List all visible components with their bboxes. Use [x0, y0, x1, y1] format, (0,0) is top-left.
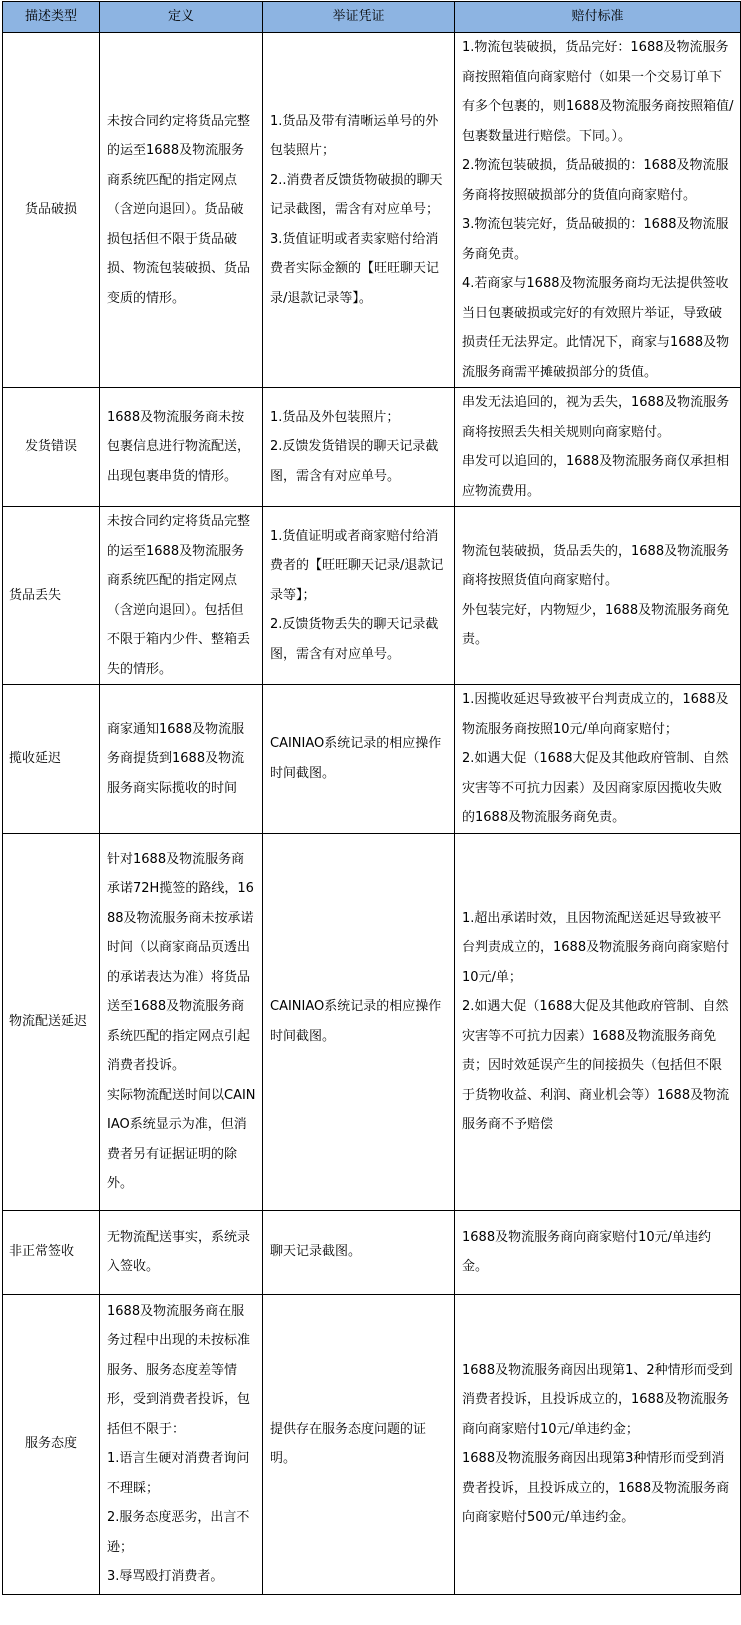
cell-evidence: CAINIAO系统记录的相应操作时间截图。 [263, 685, 455, 834]
cell-evidence: 提供存在服务态度问题的证明。 [263, 1294, 455, 1594]
evidence-line: 聊天记录截图。 [270, 1237, 448, 1267]
definition-line: 3.辱骂殴打消费者。 [107, 1562, 256, 1592]
table-row: 物流配送延迟 针对1688及物流服务商承诺72H揽签的路线，1688及物流服务商… [3, 833, 741, 1210]
cell-type: 货品破损 [3, 33, 100, 388]
standard-line: 串发可以追回的，1688及物流服务商仅承担相应物流费用。 [462, 447, 734, 506]
evidence-line: CAINIAO系统记录的相应操作时间截图。 [270, 992, 448, 1051]
cell-type: 非正常签收 [3, 1210, 100, 1294]
cell-standard: 1.物流包装破损，货品完好：1688及物流服务商按照箱值向商家赔付（如果一个交易… [455, 33, 741, 388]
standard-line: 4.若商家与1688及物流服务商均无法提供签收当日包裹破损或完好的有效照片举证，… [462, 269, 734, 387]
evidence-line: 1.货品及外包装照片； [270, 403, 448, 433]
cell-type: 货品丢失 [3, 507, 100, 685]
definition-line: 2.服务态度恶劣，出言不逊； [107, 1503, 256, 1562]
definition-line: 无物流配送事实，系统录入签收。 [107, 1223, 256, 1282]
table-row: 服务态度 1688及物流服务商在服务过程中出现的未按标准服务、服务态度差等情形，… [3, 1294, 741, 1594]
definition-line: 未按合同约定将货品完整的运至1688及物流服务商系统匹配的指定网点（含逆向退回）… [107, 107, 256, 314]
cell-evidence: CAINIAO系统记录的相应操作时间截图。 [263, 833, 455, 1210]
header-row: 描述类型 定义 举证凭证 赔付标准 [3, 2, 741, 33]
standard-line: 1688及物流服务商因出现第3种情形而受到消费者投诉，且投诉成立的，1688及物… [462, 1444, 734, 1533]
cell-standard: 物流包装破损，货品丢失的，1688及物流服务商将按照货值向商家赔付。外包装完好，… [455, 507, 741, 685]
cell-definition: 未按合同约定将货品完整的运至1688及物流服务商系统匹配的指定网点（含逆向退回）… [100, 507, 263, 685]
cell-type: 服务态度 [3, 1294, 100, 1594]
cell-evidence: 1.货值证明或者商家赔付给消费者的【旺旺聊天记录/退款记录等】；2.反馈货物丢失… [263, 507, 455, 685]
standard-line: 外包装完好，内物短少，1688及物流服务商免责。 [462, 596, 734, 655]
table-row: 货品丢失 未按合同约定将货品完整的运至1688及物流服务商系统匹配的指定网点（含… [3, 507, 741, 685]
standard-line: 2.如遇大促（1688大促及其他政府管制、自然灾害等不可抗力因素）1688及物流… [462, 992, 734, 1140]
cell-type: 发货错误 [3, 388, 100, 507]
cell-evidence: 聊天记录截图。 [263, 1210, 455, 1294]
cell-type: 物流配送延迟 [3, 833, 100, 1210]
standard-line: 1.因揽收延迟导致被平台判责成立的，1688及物流服务商按照10元/单向商家赔付… [462, 685, 734, 744]
standard-line: 1688及物流服务商向商家赔付10元/单违约金。 [462, 1223, 734, 1282]
cell-standard: 1688及物流服务商因出现第1、2种情形而受到消费者投诉，且投诉成立的，1688… [455, 1294, 741, 1594]
cell-evidence: 1.货品及带有清晰运单号的外包装照片；2..消费者反馈货物破损的聊天记录截图，需… [263, 33, 455, 388]
definition-line: 实际物流配送时间以CAINIAO系统显示为准，但消费者另有证据证明的除外。 [107, 1081, 256, 1199]
standard-line: 1.超出承诺时效，且因物流配送延迟导致被平台判责成立的，1688及物流服务商向商… [462, 904, 734, 993]
definition-line: 1.语言生硬对消费者询问不理睬； [107, 1444, 256, 1503]
cell-definition: 1688及物流服务商未按包裹信息进行物流配送，出现包裹串货的情形。 [100, 388, 263, 507]
header-evidence: 举证凭证 [263, 2, 455, 33]
definition-line: 1688及物流服务商未按包裹信息进行物流配送，出现包裹串货的情形。 [107, 403, 256, 492]
cell-standard: 1688及物流服务商向商家赔付10元/单违约金。 [455, 1210, 741, 1294]
header-standard: 赔付标准 [455, 2, 741, 33]
cell-definition: 未按合同约定将货品完整的运至1688及物流服务商系统匹配的指定网点（含逆向退回）… [100, 33, 263, 388]
evidence-line: 2..消费者反馈货物破损的聊天记录截图，需含有对应单号； [270, 166, 448, 225]
standard-line: 物流包装破损，货品丢失的，1688及物流服务商将按照货值向商家赔付。 [462, 537, 734, 596]
standard-line: 2.如遇大促（1688大促及其他政府管制、自然灾害等不可抗力因素）及因商家原因揽… [462, 744, 734, 833]
standard-line: 2.物流包装破损，货品破损的：1688及物流服务商将按照破损部分的货值向商家赔付… [462, 151, 734, 210]
cell-standard: 1.超出承诺时效，且因物流配送延迟导致被平台判责成立的，1688及物流服务商向商… [455, 833, 741, 1210]
cell-type: 揽收延迟 [3, 685, 100, 834]
table-row: 货品破损 未按合同约定将货品完整的运至1688及物流服务商系统匹配的指定网点（含… [3, 33, 741, 388]
cell-definition: 1688及物流服务商在服务过程中出现的未按标准服务、服务态度差等情形，受到消费者… [100, 1294, 263, 1594]
definition-line: 1688及物流服务商在服务过程中出现的未按标准服务、服务态度差等情形，受到消费者… [107, 1297, 256, 1445]
cell-definition: 针对1688及物流服务商承诺72H揽签的路线，1688及物流服务商未按承诺时间（… [100, 833, 263, 1210]
cell-definition: 商家通知1688及物流服务商提货到1688及物流服务商实际揽收的时间 [100, 685, 263, 834]
cell-standard: 串发无法追回的，视为丢失，1688及物流服务商将按照丢失相关规则向商家赔付。串发… [455, 388, 741, 507]
standard-line: 1.物流包装破损，货品完好：1688及物流服务商按照箱值向商家赔付（如果一个交易… [462, 33, 734, 151]
table-row: 发货错误 1688及物流服务商未按包裹信息进行物流配送，出现包裹串货的情形。 1… [3, 388, 741, 507]
cell-definition: 无物流配送事实，系统录入签收。 [100, 1210, 263, 1294]
evidence-line: 1.货值证明或者商家赔付给消费者的【旺旺聊天记录/退款记录等】； [270, 522, 448, 611]
definition-line: 未按合同约定将货品完整的运至1688及物流服务商系统匹配的指定网点（含逆向退回）… [107, 507, 256, 684]
evidence-line: 2.反馈发货错误的聊天记录截图，需含有对应单号。 [270, 432, 448, 491]
standard-line: 3.物流包装完好，货品破损的：1688及物流服务商免责。 [462, 210, 734, 269]
evidence-line: 3.货值证明或者卖家赔付给消费者实际金额的【旺旺聊天记录/退款记录等】。 [270, 225, 448, 314]
definition-line: 商家通知1688及物流服务商提货到1688及物流服务商实际揽收的时间 [107, 715, 256, 804]
evidence-line: 提供存在服务态度问题的证明。 [270, 1415, 448, 1474]
header-definition: 定义 [100, 2, 263, 33]
definition-line: 针对1688及物流服务商承诺72H揽签的路线，1688及物流服务商未按承诺时间（… [107, 845, 256, 1081]
evidence-line: CAINIAO系统记录的相应操作时间截图。 [270, 729, 448, 788]
evidence-line: 1.货品及带有清晰运单号的外包装照片； [270, 107, 448, 166]
header-type: 描述类型 [3, 2, 100, 33]
cell-evidence: 1.货品及外包装照片；2.反馈发货错误的聊天记录截图，需含有对应单号。 [263, 388, 455, 507]
standard-line: 串发无法追回的，视为丢失，1688及物流服务商将按照丢失相关规则向商家赔付。 [462, 388, 734, 447]
table-row: 揽收延迟 商家通知1688及物流服务商提货到1688及物流服务商实际揽收的时间 … [3, 685, 741, 834]
compensation-table: 描述类型 定义 举证凭证 赔付标准 货品破损 未按合同约定将货品完整的运至168… [2, 1, 741, 1595]
standard-line: 1688及物流服务商因出现第1、2种情形而受到消费者投诉，且投诉成立的，1688… [462, 1356, 734, 1445]
evidence-line: 2.反馈货物丢失的聊天记录截图，需含有对应单号。 [270, 610, 448, 669]
cell-standard: 1.因揽收延迟导致被平台判责成立的，1688及物流服务商按照10元/单向商家赔付… [455, 685, 741, 834]
table-row: 非正常签收 无物流配送事实，系统录入签收。 聊天记录截图。 1688及物流服务商… [3, 1210, 741, 1294]
